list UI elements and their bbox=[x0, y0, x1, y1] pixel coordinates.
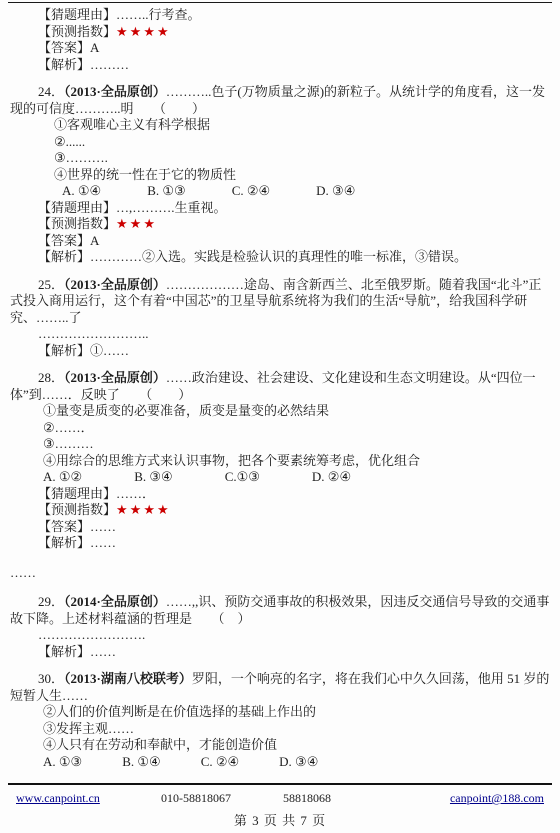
question-24: 24．（2013·全品原创）………..色子(万物质量之源)的新粒子。从统计学的角… bbox=[10, 84, 550, 266]
analysis-text: ……… bbox=[90, 57, 129, 72]
document-page: 【猜题理由】……..行考查。 【预测指数】★★★★ 【答案】A 【解析】……… … bbox=[0, 0, 560, 833]
option-item: ②...... bbox=[10, 134, 550, 151]
answer-value: …… bbox=[90, 519, 116, 534]
reason-label: 【猜题理由】 bbox=[38, 200, 116, 215]
question-number: 25． bbox=[38, 277, 64, 292]
analysis-label: 【解析】 bbox=[38, 343, 90, 358]
footer-divider bbox=[8, 783, 552, 785]
reason-label: 【猜题理由】 bbox=[38, 7, 116, 22]
answer-label: 【答案】 bbox=[38, 233, 90, 248]
answer-label: 【答案】 bbox=[38, 40, 90, 55]
question-number: 24． bbox=[38, 84, 64, 99]
question-30: 30．（2013·湖南八校联考）罗阳，一个响亮的名字，将在我们心中久久回荡，他用… bbox=[10, 671, 550, 770]
choice-item: A. ①④ bbox=[62, 183, 101, 200]
ellipsis-line: ……………………. bbox=[10, 627, 550, 644]
choices-row: A. ①④ B. ①③ C. ②④ D. ③④ bbox=[10, 183, 550, 200]
index-line: 【预测指数】★★★★ bbox=[10, 24, 550, 41]
ellipsis-line: …………………….. bbox=[10, 326, 550, 343]
reason-text: ……． bbox=[116, 486, 155, 501]
choice-item: A. ①③ bbox=[43, 754, 82, 771]
analysis-text: …… bbox=[90, 535, 116, 550]
choice-item: D. ③④ bbox=[279, 754, 318, 771]
analysis-text: …… bbox=[90, 644, 116, 659]
answer-value: A bbox=[90, 233, 99, 248]
option-item: ②……． bbox=[10, 420, 550, 437]
question-stem-paragraph: 28．（2013·全品原创）……政治建设、社会建设、文化建设和生态文明建设。从“… bbox=[10, 370, 550, 403]
reason-text: …,……….生重视。 bbox=[116, 200, 227, 215]
footer-phone-1: 010-58818067 bbox=[161, 790, 283, 807]
option-item: ③………. bbox=[10, 150, 550, 167]
analysis-line: 【解析】…… bbox=[10, 535, 550, 552]
choice-item: D. ②④ bbox=[312, 469, 351, 486]
option-item: ②人们的价值判断是在价值选择的基础上作出的 bbox=[10, 704, 550, 721]
option-item: ④世界的统一性在于它的物质性 bbox=[10, 167, 550, 184]
choices-row: A. ①③ B. ①④ C. ②④ D. ③④ bbox=[10, 754, 550, 771]
answer-line: 【答案】…… bbox=[10, 519, 550, 536]
analysis-line: 【解析】①…… bbox=[10, 343, 550, 360]
answer-block-q23: 【猜题理由】……..行考查。 【预测指数】★★★★ 【答案】A 【解析】……… bbox=[10, 7, 550, 73]
option-item: ①量变是质变的必要准备，质变是量变的必然结果 bbox=[10, 403, 550, 420]
question-29: 29．（2014·全品原创）……,,识、预防交通事故的积极效果，因违反交通信号导… bbox=[10, 594, 550, 660]
reason-line: 【猜题理由】……． bbox=[10, 486, 550, 503]
star-rating: ★★★★ bbox=[116, 502, 171, 517]
analysis-line: 【解析】…… bbox=[10, 644, 550, 661]
question-28: 28．（2013·全品原创）……政治建设、社会建设、文化建设和生态文明建设。从“… bbox=[10, 370, 550, 552]
answer-label: 【答案】 bbox=[38, 519, 90, 534]
page-footer: www.canpoint.cn 010-58818067 58818068 ca… bbox=[0, 783, 560, 829]
page-content: 【猜题理由】……..行考查。 【预测指数】★★★★ 【答案】A 【解析】……… … bbox=[0, 0, 560, 770]
footer-email-link[interactable]: canpoint@188.com bbox=[450, 791, 544, 805]
analysis-label: 【解析】 bbox=[38, 249, 90, 264]
reason-line: 【猜题理由】…,……….生重视。 bbox=[10, 200, 550, 217]
star-rating: ★★★★ bbox=[116, 24, 171, 39]
footer-phone-2: 58818068 bbox=[283, 790, 450, 807]
choices-row: A. ①② B. ③④ C.①③ D. ②④ bbox=[10, 469, 550, 486]
index-label: 【预测指数】 bbox=[38, 24, 116, 39]
choice-item: C.①③ bbox=[225, 469, 260, 486]
choice-item: B. ①④ bbox=[122, 754, 160, 771]
index-label: 【预测指数】 bbox=[38, 502, 116, 517]
analysis-label: 【解析】 bbox=[38, 535, 90, 550]
question-stem-paragraph: 24．（2013·全品原创）………..色子(万物质量之源)的新粒子。从统计学的角… bbox=[10, 84, 550, 117]
question-stem-paragraph: 29．（2014·全品原创）……,,识、预防交通事故的积极效果，因违反交通信号导… bbox=[10, 594, 550, 627]
ellipsis-line: …… bbox=[10, 565, 550, 582]
index-line: 【预测指数】★★★ bbox=[10, 216, 550, 233]
question-source: （2013·湖南八校联考） bbox=[64, 671, 192, 686]
choice-item: C. ②④ bbox=[201, 754, 239, 771]
answer-bracket: （ ） bbox=[134, 101, 206, 116]
question-number: 29． bbox=[38, 594, 64, 609]
analysis-label: 【解析】 bbox=[38, 57, 90, 72]
answer-value: A bbox=[90, 40, 99, 55]
option-item: ③……… bbox=[10, 436, 550, 453]
question-source: （2013·全品原创） bbox=[64, 84, 166, 99]
option-item: ④用综合的思维方式来认识事物，把各个要素统筹考虑，优化组合 bbox=[10, 453, 550, 470]
index-line: 【预测指数】★★★★ bbox=[10, 502, 550, 519]
star-rating: ★★★ bbox=[116, 216, 157, 231]
analysis-line: 【解析】…………②入选。实践是检验认识的真理性的唯一标准，③错误。 bbox=[10, 249, 550, 266]
answer-line: 【答案】A bbox=[10, 40, 550, 57]
reason-label: 【猜题理由】 bbox=[38, 486, 116, 501]
option-item: ③发挥主观…… bbox=[10, 721, 550, 738]
question-stem-paragraph: 30．（2013·湖南八校联考）罗阳，一个响亮的名字，将在我们心中久久回荡，他用… bbox=[10, 671, 550, 704]
answer-bracket: （ ） bbox=[192, 611, 251, 626]
top-divider bbox=[8, 2, 552, 3]
question-source: （2014·全品原创） bbox=[64, 594, 166, 609]
choice-item: B. ③④ bbox=[134, 469, 172, 486]
reason-line: 【猜题理由】……..行考查。 bbox=[10, 7, 550, 24]
footer-website-link[interactable]: www.canpoint.cn bbox=[16, 791, 100, 805]
question-source: （2013·全品原创） bbox=[64, 370, 166, 385]
choice-item: C. ②④ bbox=[232, 183, 270, 200]
choice-item: D. ③④ bbox=[316, 183, 355, 200]
index-label: 【预测指数】 bbox=[38, 216, 116, 231]
question-stem-paragraph: 25．（2013·全品原创）………………途岛、南含新西兰、北至俄罗斯。随着我国“… bbox=[10, 277, 550, 327]
question-source: （2013·全品原创） bbox=[64, 277, 166, 292]
choice-item: A. ①② bbox=[43, 469, 82, 486]
option-item: ④人只有在劳动和奉献中，才能创造价值 bbox=[10, 737, 550, 754]
footer-contact-row: www.canpoint.cn 010-58818067 58818068 ca… bbox=[0, 790, 560, 807]
answer-bracket: （ ） bbox=[120, 387, 192, 402]
answer-line: 【答案】A bbox=[10, 233, 550, 250]
reason-text: ……..行考查。 bbox=[116, 7, 201, 22]
question-number: 30． bbox=[38, 671, 64, 686]
analysis-text: …………②入选。实践是检验认识的真理性的唯一标准，③错误。 bbox=[90, 249, 467, 264]
analysis-label: 【解析】 bbox=[38, 644, 90, 659]
option-item: ①客观唯心主义有科学根据 bbox=[10, 117, 550, 134]
choice-item: B. ①③ bbox=[147, 183, 185, 200]
question-25: 25．（2013·全品原创）………………途岛、南含新西兰、北至俄罗斯。随着我国“… bbox=[10, 277, 550, 360]
analysis-text: ①…… bbox=[90, 343, 129, 358]
analysis-line: 【解析】……… bbox=[10, 57, 550, 74]
page-indicator: 第 3 页 共 7 页 bbox=[0, 813, 560, 830]
question-number: 28． bbox=[38, 370, 64, 385]
